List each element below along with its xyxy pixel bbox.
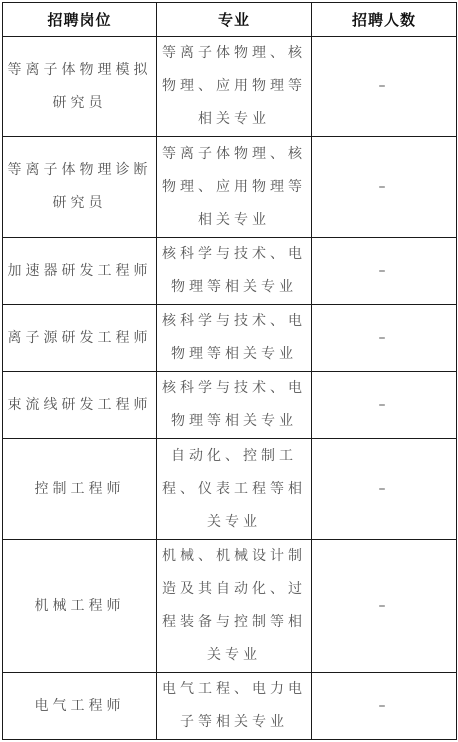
- count-cell: –: [312, 137, 457, 238]
- major-cell: 机械、机械设计制造及其自动化、过程装备与控制等相关专业: [157, 540, 312, 673]
- major-cell: 核科学与技术、电物理等相关专业: [157, 372, 312, 439]
- count-cell: –: [312, 540, 457, 673]
- count-cell: –: [312, 238, 457, 305]
- count-cell: –: [312, 673, 457, 740]
- major-cell: 电气工程、电力电子等相关专业: [157, 673, 312, 740]
- table-row: 机械工程师 机械、机械设计制造及其自动化、过程装备与控制等相关专业 –: [3, 540, 457, 673]
- position-cell: 束流线研发工程师: [3, 372, 157, 439]
- table-row: 等离子体物理诊断研究员 等离子体物理、核物理、应用物理等相关专业 –: [3, 137, 457, 238]
- count-cell: –: [312, 305, 457, 372]
- header-major: 专业: [157, 3, 312, 37]
- header-count: 招聘人数: [312, 3, 457, 37]
- position-cell: 离子源研发工程师: [3, 305, 157, 372]
- recruitment-table: 招聘岗位 专业 招聘人数 等离子体物理模拟研究员 等离子体物理、核物理、应用物理…: [2, 2, 457, 740]
- position-cell: 加速器研发工程师: [3, 238, 157, 305]
- count-cell: –: [312, 439, 457, 540]
- table-row: 离子源研发工程师 核科学与技术、电物理等相关专业 –: [3, 305, 457, 372]
- count-cell: –: [312, 37, 457, 137]
- major-cell: 等离子体物理、核物理、应用物理等相关专业: [157, 37, 312, 137]
- table-row: 等离子体物理模拟研究员 等离子体物理、核物理、应用物理等相关专业 –: [3, 37, 457, 137]
- major-cell: 核科学与技术、电物理等相关专业: [157, 238, 312, 305]
- position-cell: 控制工程师: [3, 439, 157, 540]
- table-row: 束流线研发工程师 核科学与技术、电物理等相关专业 –: [3, 372, 457, 439]
- position-cell: 电气工程师: [3, 673, 157, 740]
- table-header-row: 招聘岗位 专业 招聘人数: [3, 3, 457, 37]
- table-row: 电气工程师 电气工程、电力电子等相关专业 –: [3, 673, 457, 740]
- count-cell: –: [312, 372, 457, 439]
- position-cell: 机械工程师: [3, 540, 157, 673]
- position-cell: 等离子体物理诊断研究员: [3, 137, 157, 238]
- major-cell: 等离子体物理、核物理、应用物理等相关专业: [157, 137, 312, 238]
- position-cell: 等离子体物理模拟研究员: [3, 37, 157, 137]
- header-position: 招聘岗位: [3, 3, 157, 37]
- major-cell: 自动化、控制工程、仪表工程等相关专业: [157, 439, 312, 540]
- table-row: 控制工程师 自动化、控制工程、仪表工程等相关专业 –: [3, 439, 457, 540]
- table-row: 加速器研发工程师 核科学与技术、电物理等相关专业 –: [3, 238, 457, 305]
- major-cell: 核科学与技术、电物理等相关专业: [157, 305, 312, 372]
